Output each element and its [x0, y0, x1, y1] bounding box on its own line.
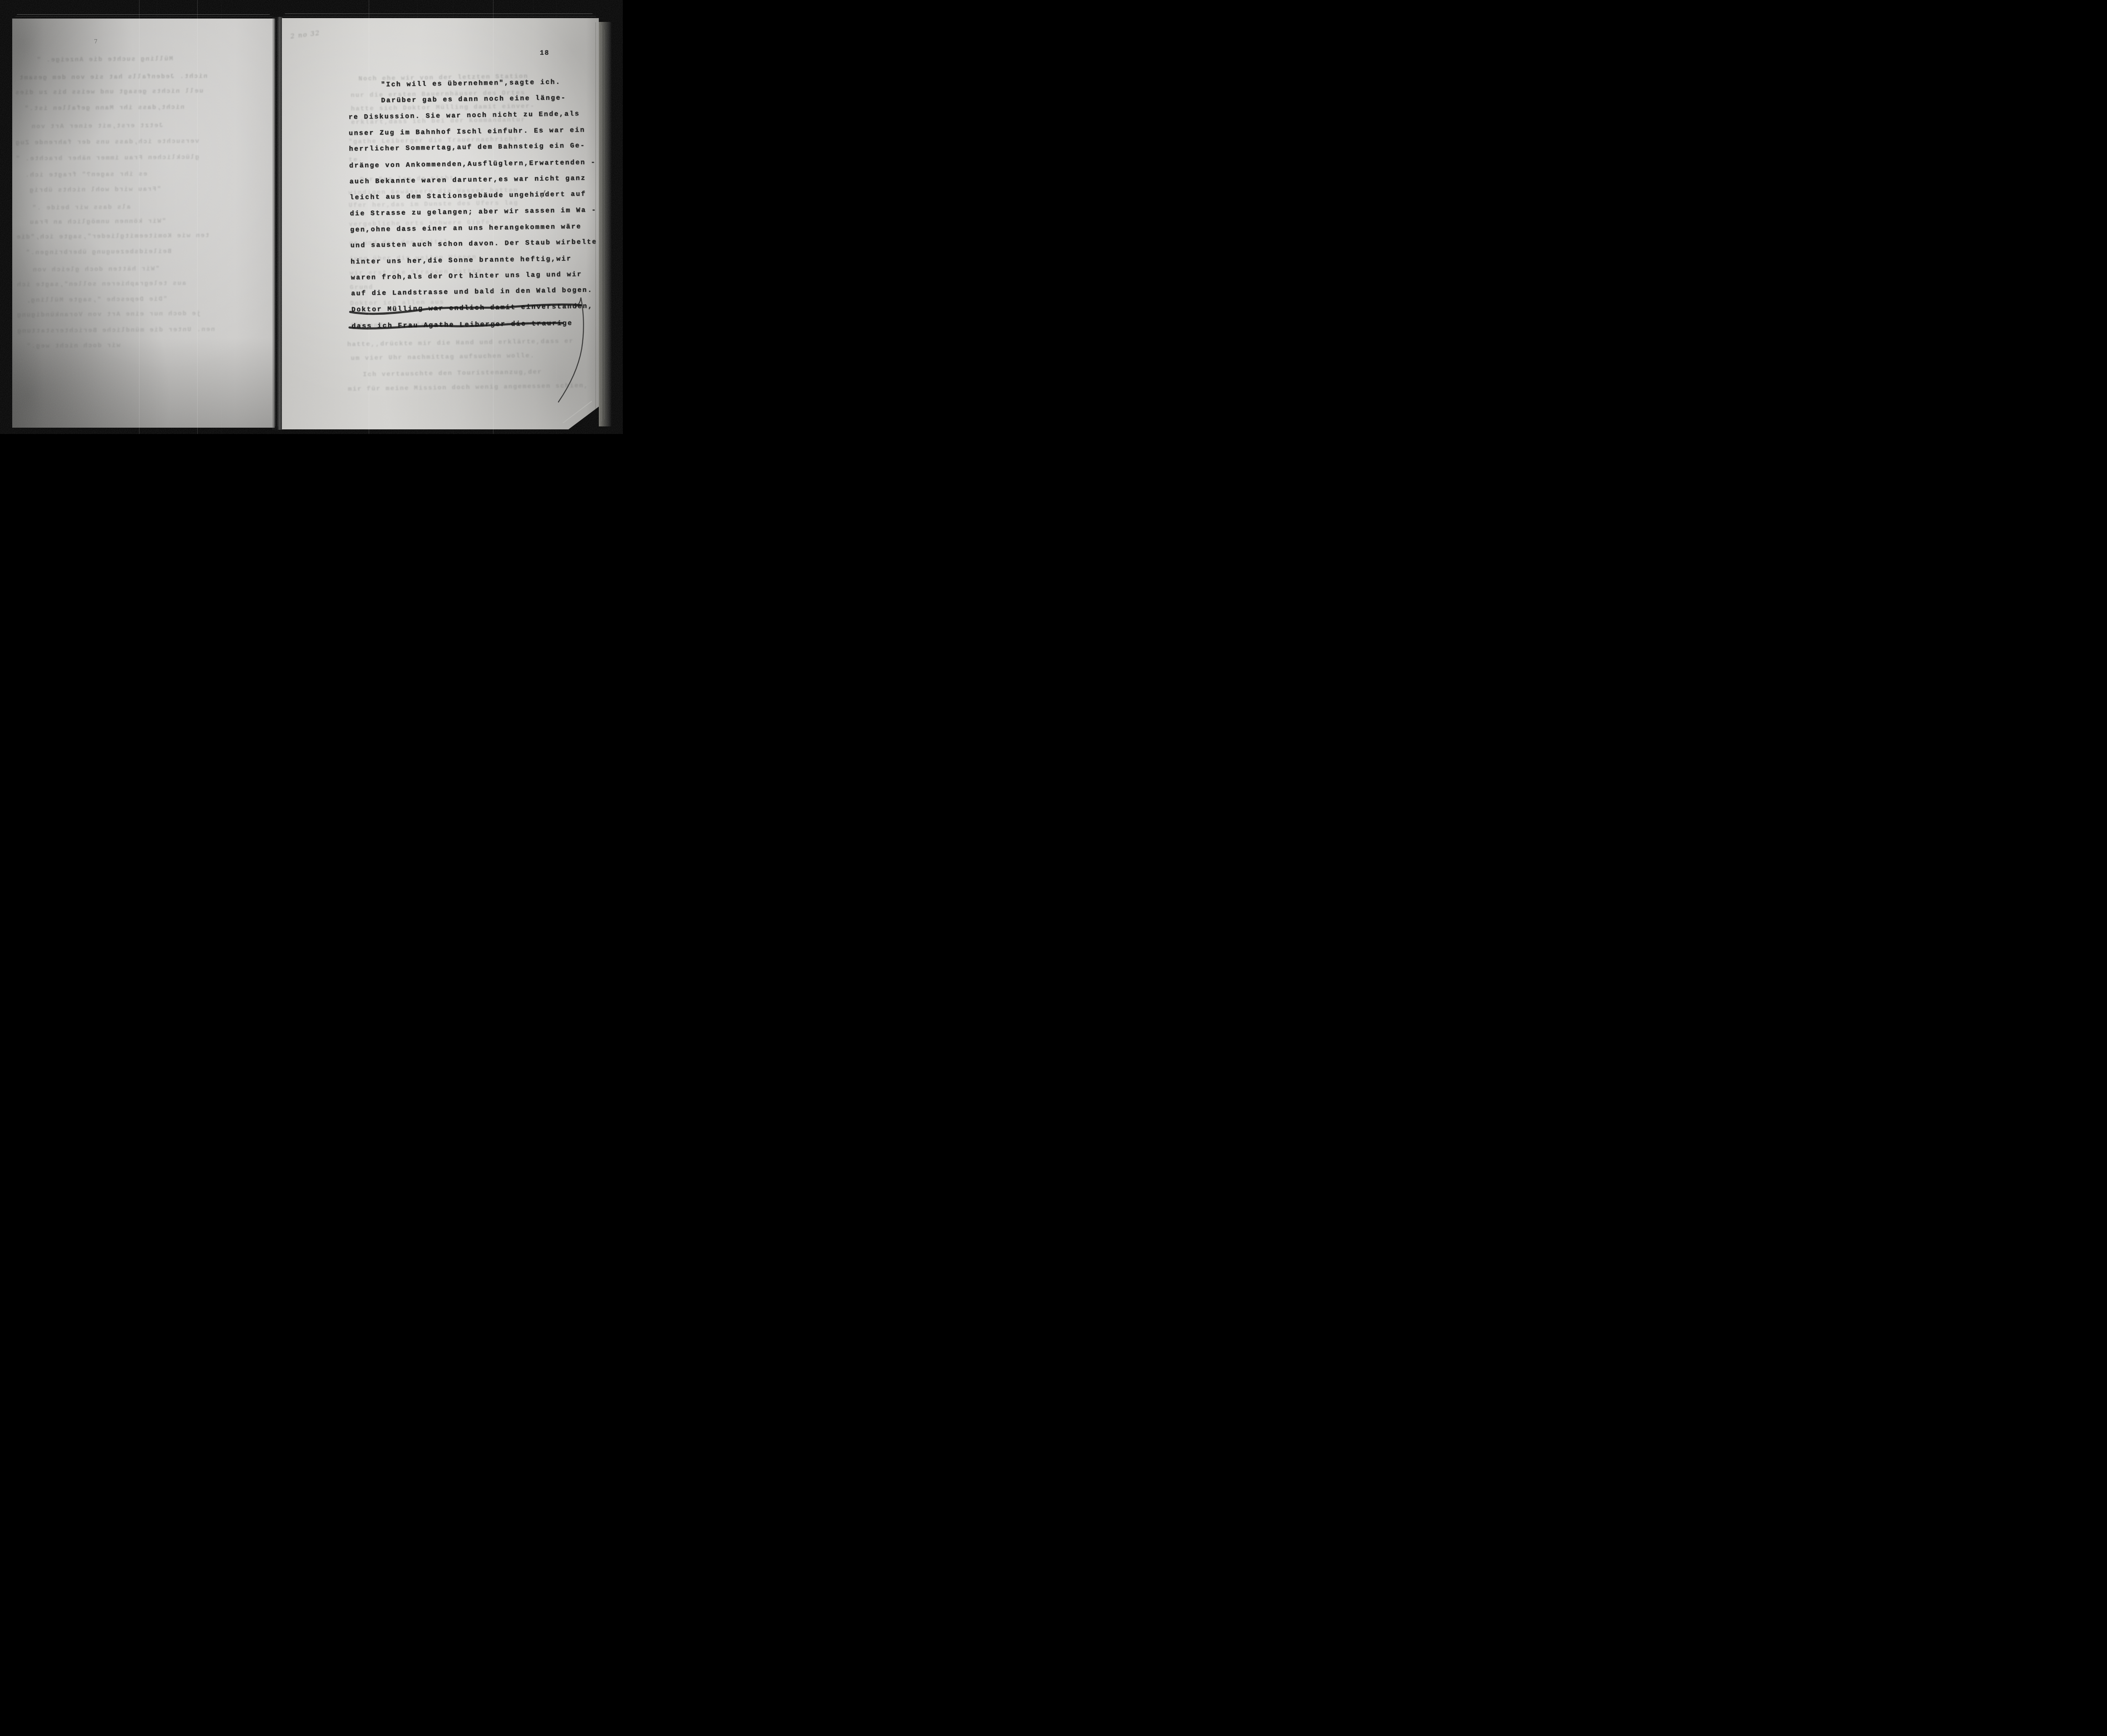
mirrored-ghost-line: es ihr sagen?" fragte ich. [24, 171, 147, 179]
mirrored-ghost-line: Mülling suchte die Anzeige. " [36, 55, 173, 64]
film-scratch [369, 0, 369, 434]
manuscript-photo: Mülling suchte die Anzeige. "nicht. Jede… [0, 0, 623, 434]
page-edge-line [595, 22, 596, 423]
mirrored-ghost-line: versuchte ich,dass uns der fahrende Zug [15, 138, 199, 147]
sheet-stack-edge [15, 16, 272, 17]
mirrored-ghost-line: glücklichen Frau immer näher brachte. " [15, 154, 199, 163]
ink-strokes-overlay [279, 16, 602, 432]
mirrored-ghost-line: Beileidsbezeugung überbringen." [25, 248, 172, 256]
strikethrough-stroke-1 [350, 304, 581, 314]
mirrored-ghost-line: "Wir hätten doch gleich von [32, 265, 160, 274]
mirrored-ghost-line: aus telegraphieren sollen",sagte ich [16, 280, 186, 289]
film-scratch [533, 0, 533, 434]
film-scratch [139, 0, 139, 434]
film-scratch [417, 0, 418, 434]
stray-pen-mark: 7 [94, 39, 97, 45]
mirrored-ghost-line: "Die Depesche ",sagte Mülling, [26, 296, 167, 304]
mirrored-ghost-line: "Wir können unmöglich an Frau [29, 218, 166, 226]
slash-pen-mark [541, 190, 545, 198]
sheet-stack-right [599, 22, 611, 426]
mirrored-ghost-line: nicht,dass ihr Mann gefallen ist." [24, 104, 185, 112]
strikethrough-stroke-2 [349, 323, 563, 329]
right-page: 2 no 32 18 Noch ehe wir von der letzten … [282, 18, 599, 429]
mirrored-ghost-line: nen. Unter die mündliche Berichterstattu… [16, 326, 215, 335]
sheet-stack-edge [604, 29, 605, 419]
pen-curve-stroke [557, 297, 585, 402]
mirrored-ghost-line: wir doch nicht weg." [26, 342, 120, 350]
left-page: Mülling suchte die Anzeige. "nicht. Jede… [12, 19, 275, 428]
film-scratch [197, 0, 198, 434]
sheet-stack-edge [17, 14, 270, 15]
mirrored-ghost-line: uell nichts gesagt und weiss bis zu dies [14, 88, 203, 96]
left-ghost-text-block: Mülling suchte die Anzeige. "nicht. Jede… [11, 17, 276, 429]
gutter-sheet-edge [278, 20, 278, 426]
sheet-stack-edge [285, 13, 592, 14]
mirrored-ghost-line: Jetzt erst,mit einer Art von [31, 122, 163, 131]
film-scratch [556, 0, 557, 434]
mirrored-ghost-line: als dass wir beide ." [32, 204, 131, 212]
corner-curl [568, 407, 599, 429]
typed-text-block: Noch ehe wir von der letzten Stationnur … [279, 16, 602, 432]
film-scratch [493, 0, 493, 434]
sheet-stack-edge [601, 25, 602, 421]
mirrored-ghost-line: je doch nur eine Art von Vorankündigung [16, 310, 201, 319]
film-scratch [221, 0, 222, 434]
mirrored-ghost-line: ten wie Komiteemitglieder",sagte ich,"di… [16, 232, 209, 241]
mirrored-ghost-line: nicht. Jedenfalls hat sie von dem gesamt [19, 73, 207, 82]
gutter-sheet-edge [275, 19, 276, 426]
film-scratch [453, 0, 453, 434]
mirrored-ghost-line: "Frau wird wohl nichts übrig [29, 186, 161, 194]
film-scratch [157, 0, 157, 434]
